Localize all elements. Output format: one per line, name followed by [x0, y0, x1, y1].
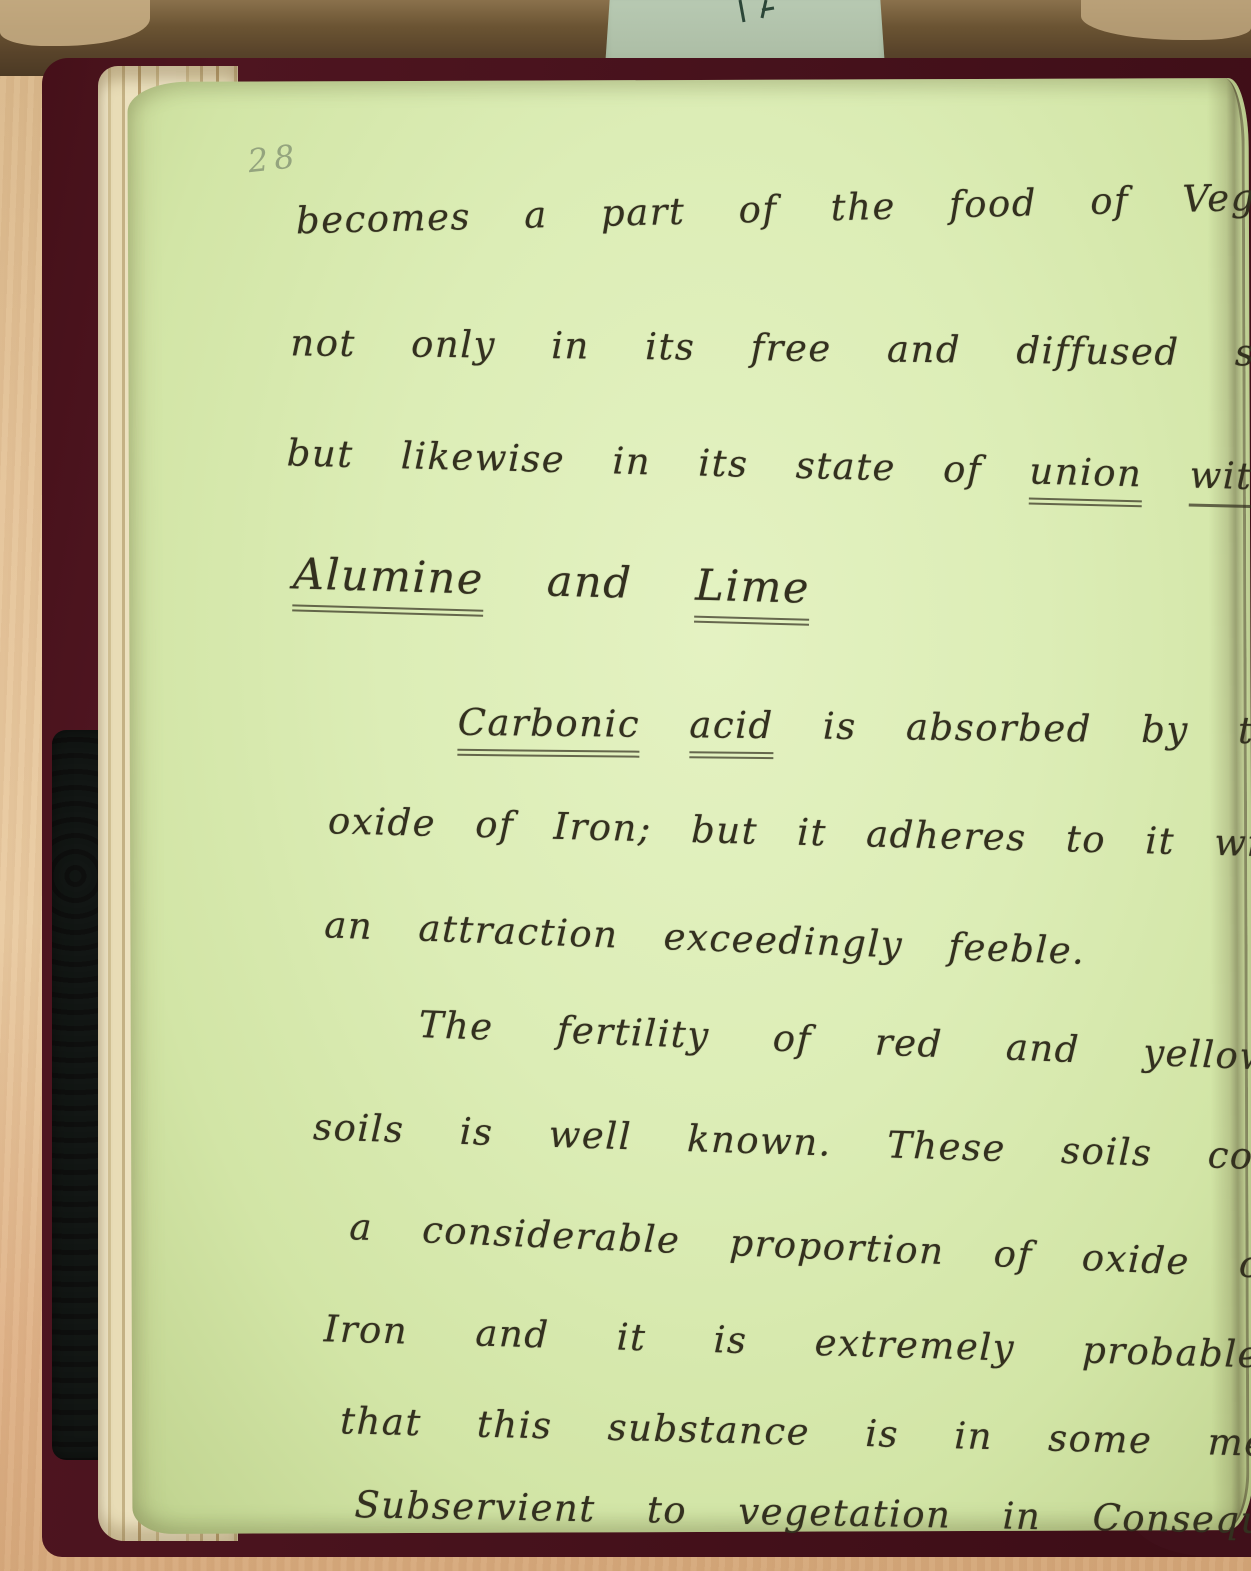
line-text: a considerable proportion of oxide of: [349, 1205, 1251, 1287]
line-text: that this substance is in some measure: [340, 1399, 1251, 1467]
manuscript-line: but likewise in its state of union with: [286, 431, 1251, 498]
manuscript-page: 28 becomes a part of the food of Vegetab…: [127, 78, 1251, 1534]
manuscript-line: The fertility of red and yellow: [418, 1003, 1251, 1079]
line-text: soils is well known. These soils contain: [312, 1105, 1251, 1181]
line-text: and: [483, 555, 696, 611]
line-text: an attraction exceedingly feeble.: [324, 903, 1087, 973]
underlined-word: union: [1029, 450, 1143, 508]
underlined-word: acid: [689, 703, 774, 759]
underlined-word: Carbonic: [457, 701, 640, 758]
line-text: oxide of Iron; but it adheres to it with: [328, 799, 1251, 866]
page-number: 28: [246, 137, 303, 180]
line-text: [1142, 452, 1190, 496]
page-fold-shadow: [1207, 78, 1249, 1530]
manuscript-line: an attraction exceedingly feeble.: [324, 903, 1087, 973]
manuscript-line: soils is well known. These soils contain: [312, 1105, 1251, 1181]
line-text: The fertility of red and yellow: [418, 1003, 1251, 1079]
underlined-word: Lime: [694, 561, 810, 626]
line-text: [640, 703, 690, 747]
line-text: but likewise in its state of: [286, 431, 1030, 492]
line-text: not only in its free and diffused state: [290, 321, 1251, 375]
manuscript-line: a considerable proportion of oxide of: [349, 1205, 1251, 1287]
underlined-word: Alumine: [292, 549, 484, 616]
tab-ink-mark: [732, 0, 792, 30]
line-text: Iron and it is extremely probable: [323, 1307, 1251, 1376]
line-text: becomes a part of the food of Vegetable: [295, 173, 1251, 243]
manuscript-line: Iron and it is extremely probable: [323, 1307, 1251, 1376]
underlined-word: with: [1189, 453, 1251, 508]
manuscript-line: oxide of Iron; but it adheres to it with: [328, 799, 1251, 866]
manuscript-line: Alumine and Lime: [292, 549, 810, 613]
manuscript-line: becomes a part of the food of Vegetable: [295, 173, 1251, 243]
manuscript-line: not only in its free and diffused state: [290, 321, 1251, 375]
manuscript-line: that this substance is in some measure: [340, 1399, 1251, 1467]
manuscript-line: Carbonic acid is absorbed by the: [457, 701, 1251, 753]
line-text: is absorbed by the: [773, 704, 1251, 753]
